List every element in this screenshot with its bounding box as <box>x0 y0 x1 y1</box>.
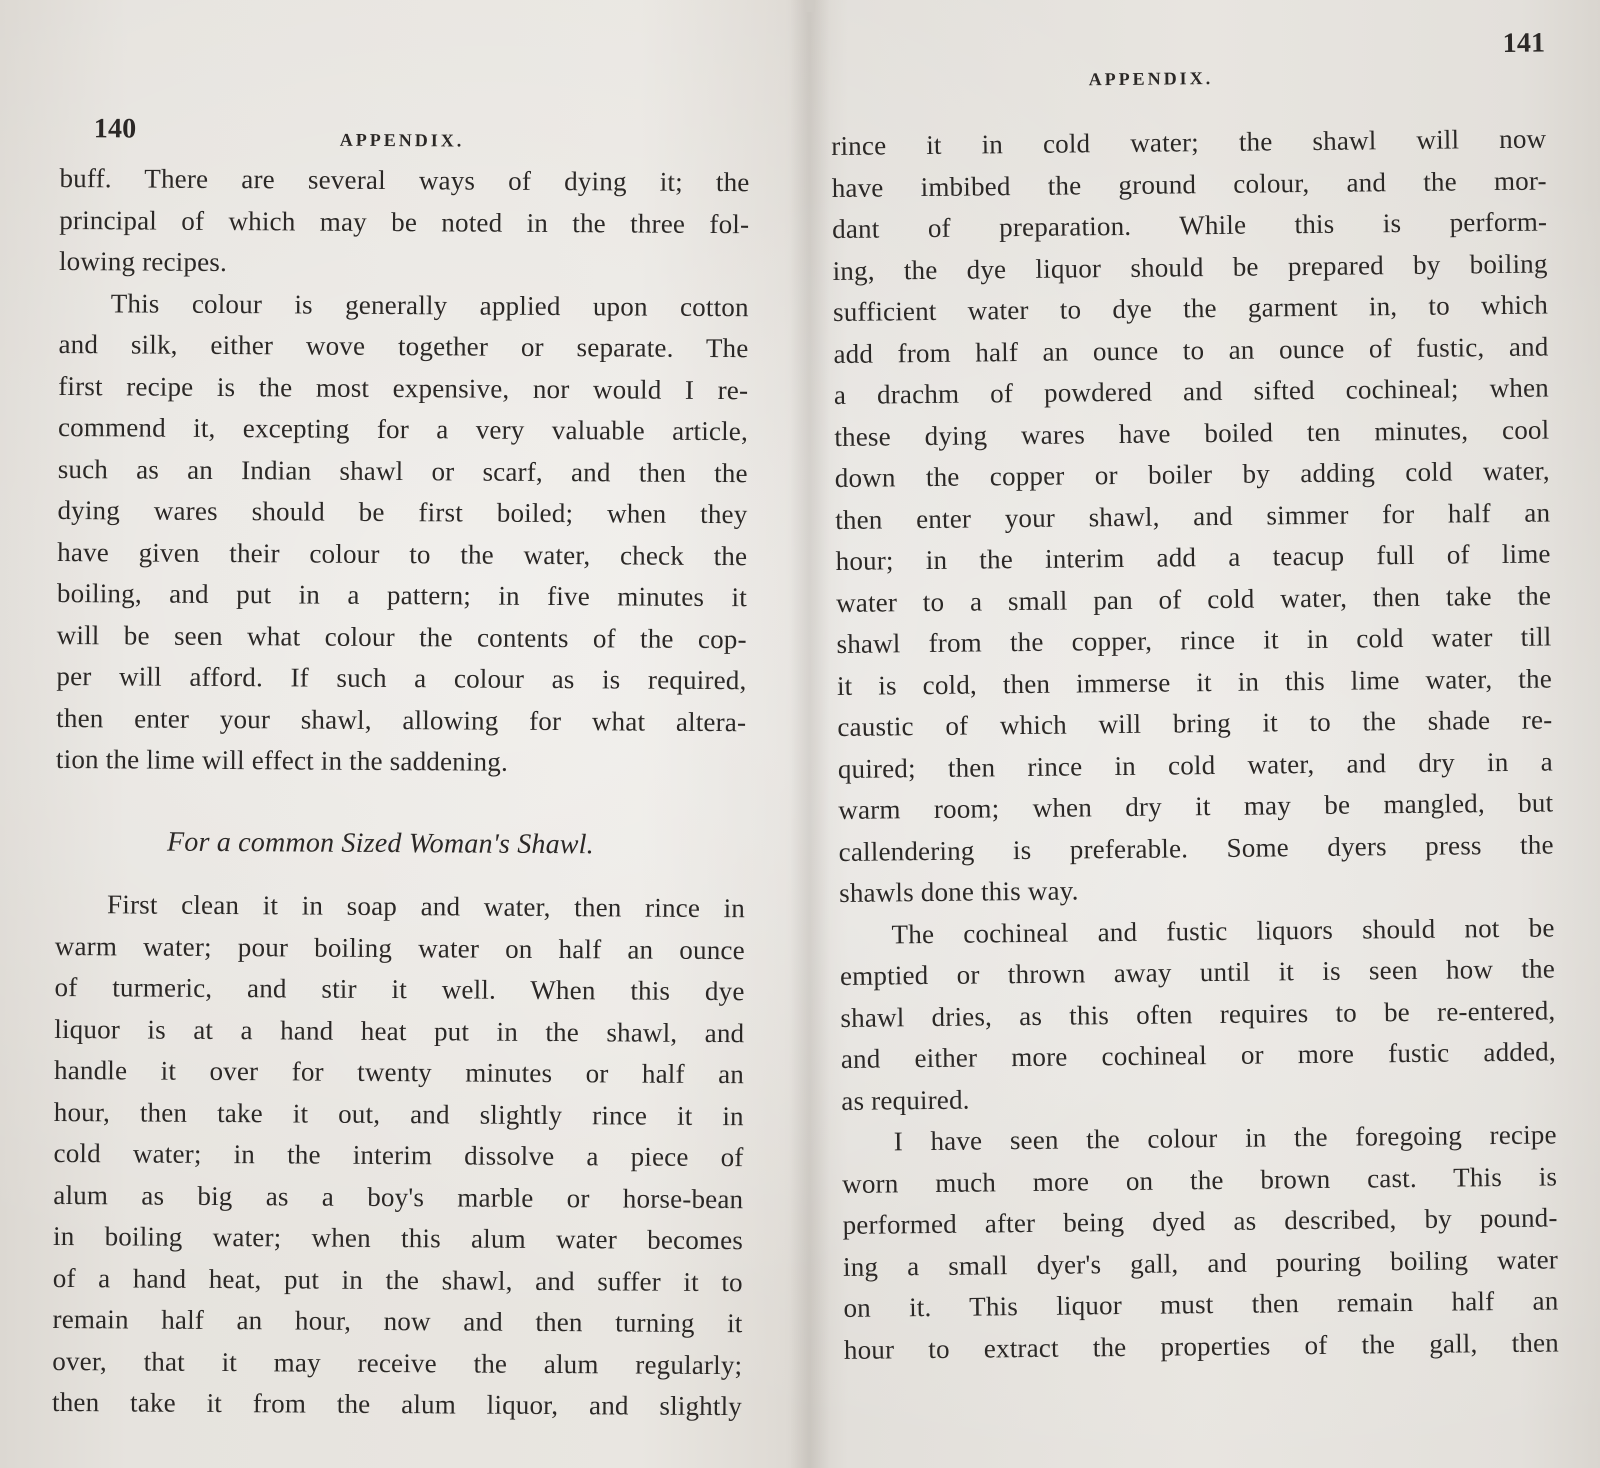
text-line: rince it in cold water; the shawl will n… <box>831 119 1546 168</box>
text-line: warm water; pour boiling water on half a… <box>55 925 745 971</box>
right-running-head: APPENDIX. 141 <box>830 13 1545 70</box>
text-line: hour to extract the properties of the ga… <box>844 1322 1559 1371</box>
running-head-title-left: APPENDIX. <box>340 120 465 162</box>
text-line: cold water; in the interim dissolve a pi… <box>53 1133 743 1179</box>
left-body-text-2: First clean it in soap and water, then r… <box>52 884 745 1428</box>
text-line: This colour is generally applied upon co… <box>59 282 749 328</box>
text-line: principal of which may be noted in the t… <box>59 199 749 245</box>
text-line: alum as big as a boy's marble or horse-b… <box>53 1174 743 1220</box>
text-line: per will afford. If such a colour as is … <box>56 656 746 702</box>
page-number-right: 141 <box>1502 23 1545 65</box>
text-line: and silk, either wove together or separa… <box>58 324 748 370</box>
text-line: dying wares should be first boiled; when… <box>57 490 747 536</box>
text-line: will be seen what colour the contents of… <box>57 614 747 660</box>
text-line: have given their colour to the water, ch… <box>57 531 747 577</box>
section-heading: For a common Sized Woman's Shawl. <box>55 820 745 866</box>
text-line: first recipe is the most expensive, nor … <box>58 365 748 411</box>
text-line: warm room; when dry it may be mangled, b… <box>838 782 1553 831</box>
text-line: caustic of which will bring it to the sh… <box>837 699 1552 748</box>
text-line: hour, then take it out, and slightly rin… <box>54 1091 744 1137</box>
text-line: on it. This liquor must then remain half… <box>843 1280 1558 1329</box>
text-line: a drachm of powdered and sifted cochinea… <box>834 367 1549 416</box>
text-line: and either more cochineal or more fustic… <box>841 1031 1556 1080</box>
text-line: then enter your shawl, allowing for what… <box>56 697 746 743</box>
text-line: boiling, and put in a pattern; in five m… <box>57 573 747 619</box>
text-line: of turmeric, and stir it well. When this… <box>54 967 744 1013</box>
text-line: commend it, excepting for a very valuabl… <box>58 407 748 453</box>
text-line: then take it from the alum liquor, and s… <box>52 1382 742 1428</box>
text-line: buff. There are several ways of dying it… <box>59 158 749 204</box>
text-line: such as an Indian shawl or scarf, and th… <box>58 448 748 494</box>
text-line: liquor is at a hand heat put in the shaw… <box>54 1008 744 1054</box>
right-page: APPENDIX. 141 rince it in cold water; th… <box>830 13 1559 1371</box>
text-line: tion the lime will effect in the saddeni… <box>56 739 746 785</box>
page-edge-tab <box>805 0 815 12</box>
text-line: in boiling water; when this alum water b… <box>53 1216 743 1262</box>
running-head-title-right: APPENDIX. <box>1088 58 1213 101</box>
text-line: I have seen the colour in the foregoing … <box>842 1114 1557 1163</box>
text-line: of a hand heat, put in the shawl, and su… <box>53 1257 743 1303</box>
book-spread: 140 APPENDIX. buff. There are several wa… <box>0 0 1600 1468</box>
left-running-head: 140 APPENDIX. <box>60 100 750 154</box>
right-body-text: rince it in cold water; the shawl will n… <box>831 119 1559 1371</box>
left-body-text-1: buff. There are several ways of dying it… <box>56 158 750 785</box>
text-line: over, that it may receive the alum regul… <box>52 1340 742 1386</box>
text-line: handle it over for twenty minutes or hal… <box>54 1050 744 1096</box>
text-line: dant of preparation. While this is perfo… <box>832 202 1547 251</box>
text-line: down the copper or boiler by adding cold… <box>835 450 1550 499</box>
text-line: shawl from the copper, rince it in cold … <box>836 616 1551 665</box>
page-number-left: 140 <box>94 108 137 150</box>
text-line: First clean it in soap and water, then r… <box>55 884 745 930</box>
gutter-fold <box>790 0 830 1468</box>
text-line: hour; in the interim add a teacup full o… <box>835 533 1550 582</box>
left-page: 140 APPENDIX. buff. There are several wa… <box>52 100 750 1428</box>
text-line: emptied or thrown away until it is seen … <box>840 948 1555 997</box>
text-line: sufficient water to dye the garment in, … <box>833 284 1548 333</box>
text-line: remain half an hour, now and then turnin… <box>52 1299 742 1345</box>
text-line: performed after being dyed as described,… <box>842 1197 1557 1246</box>
text-line: lowing recipes. <box>59 241 749 287</box>
text-line: callendering is preferable. Some dyers p… <box>838 824 1553 873</box>
